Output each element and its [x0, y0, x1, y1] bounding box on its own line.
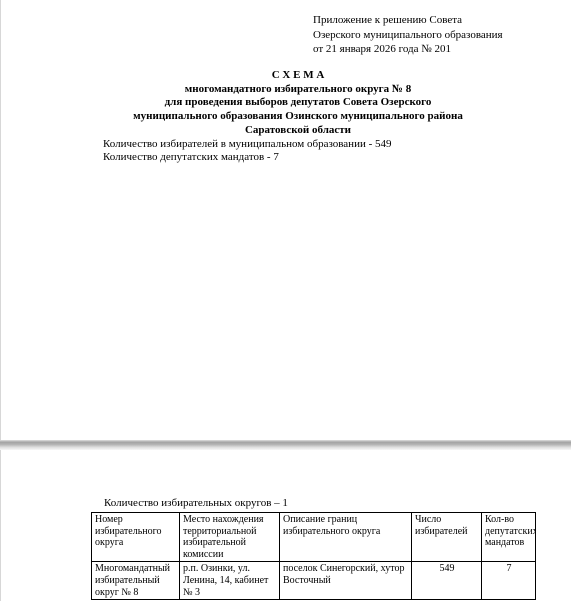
document-viewport: Приложение к решению Совета Озерского му…	[0, 0, 571, 601]
title-line-elections: для проведения выборов депутатов Совета …	[25, 96, 571, 110]
annex-note: Приложение к решению Совета Озерского му…	[313, 13, 503, 57]
header-cell-boundaries: Описание границ избирательного округа	[280, 513, 412, 562]
title-line-region: Саратовской области	[25, 124, 571, 138]
districts-count-caption: Количество избирательных округов – 1	[104, 497, 288, 509]
mandates-count-line: Количество депутатских мандатов - 7	[103, 151, 392, 164]
title-line-municipality: муниципального образования Озинского мун…	[25, 110, 571, 124]
table-row: Многомандатный избирательный округ № 8 р…	[92, 562, 536, 600]
annex-line-3: от 21 января 2026 года № 201	[313, 42, 503, 57]
header-cell-commission-location: Место нахождения территориальной избират…	[180, 513, 280, 562]
cell-voters: 549	[412, 562, 482, 600]
page-1: Приложение к решению Совета Озерского му…	[0, 0, 571, 440]
annex-line-1: Приложение к решению Совета	[313, 13, 503, 28]
cell-district-number: Многомандатный избирательный округ № 8	[92, 562, 180, 600]
districts-table: Номер избирательного округа Место нахожд…	[91, 512, 536, 600]
document-title: С Х Е М А многомандатного избирательного…	[25, 69, 571, 138]
cell-commission-location: р.п. Озинки, ул. Ленина, 14, кабинет № 3	[180, 562, 280, 600]
header-cell-district-number: Номер избирательного округа	[92, 513, 180, 562]
info-block: Количество избирателей в муниципальном о…	[103, 138, 392, 164]
cell-mandates: 7	[482, 562, 536, 600]
voters-count-line: Количество избирателей в муниципальном о…	[103, 138, 392, 151]
header-cell-voters: Число избирателей	[412, 513, 482, 562]
page-gap-divider	[0, 440, 571, 450]
title-line-district: многомандатного избирательного округа № …	[25, 83, 571, 97]
title-line-schema: С Х Е М А	[25, 69, 571, 83]
annex-line-2: Озерского муниципального образования	[313, 28, 503, 43]
cell-boundaries: поселок Синегорский, хутор Восточный	[280, 562, 412, 600]
table-header-row: Номер избирательного округа Место нахожд…	[92, 513, 536, 562]
header-cell-mandates: Кол-во депутатских мандатов	[482, 513, 536, 562]
page-2: Количество избирательных округов – 1 Ном…	[0, 450, 571, 601]
